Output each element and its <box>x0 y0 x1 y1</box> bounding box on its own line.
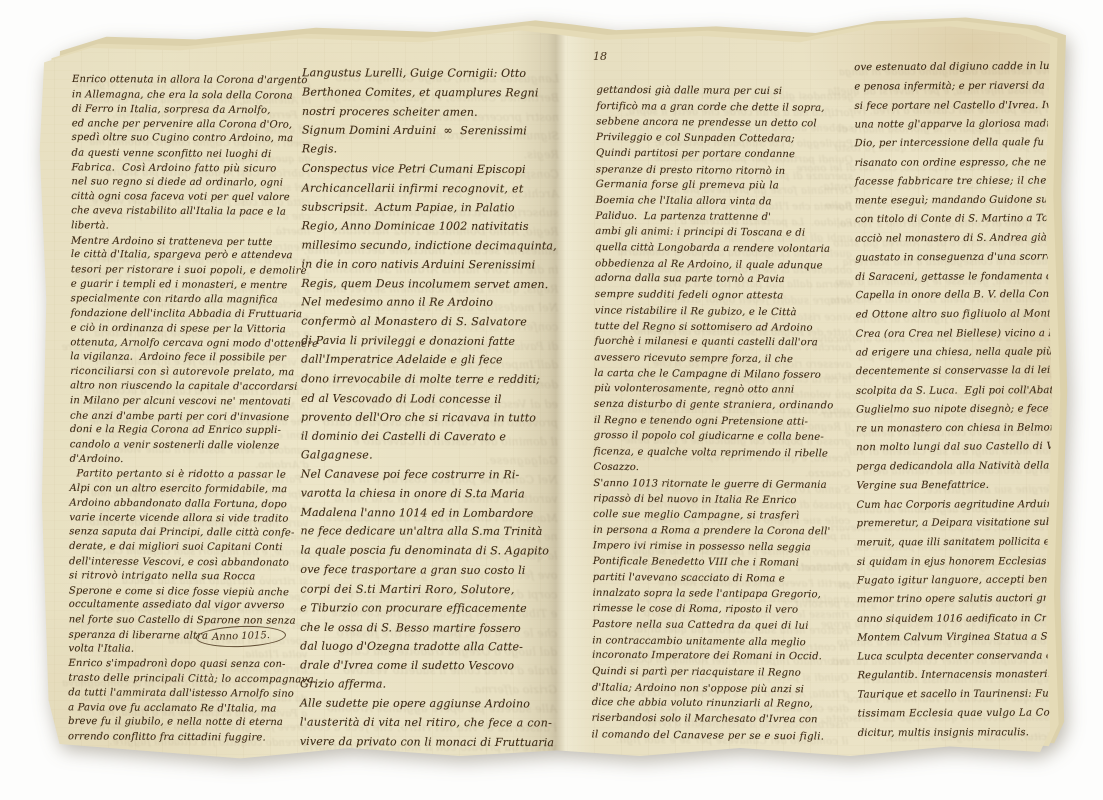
handwritten-line: corpi dei S.ti Martiri Roro, Solutore, <box>300 579 552 599</box>
handwritten-line: e penosa infermità; e per riaversi da qu… <box>854 76 1048 96</box>
handwritten-line: Dio, per intercessione della quale fu to… <box>855 133 1049 153</box>
handwritten-line: Quindi partitosi per portare condanne <box>596 146 848 163</box>
handwritten-line: guastato in conseguenza d'una scorreria <box>855 247 1049 267</box>
handwritten-line: ove fece trasportare a gran suo costo li <box>300 560 552 580</box>
handwritten-line: città ogni cosa faceva voti per quel val… <box>71 190 305 206</box>
handwritten-line: riserbandosi solo il Marchesato d'Ivrea … <box>592 711 844 728</box>
handwritten-line: ottenuta, Arnolfo cercava ogni modo d'ot… <box>70 336 304 352</box>
handwritten-line: Madalena l'anno 1014 ed in Lombardore <box>301 503 553 523</box>
handwritten-line: occultamente assediato dal vigor avverso <box>69 598 303 614</box>
handwritten-line: di Pavia li privileggi e donazioni fatte <box>301 331 553 351</box>
handwritten-line: adorna dalla sua parte tornò a Pavia <box>595 271 847 288</box>
manuscript-column-1: Enrico ottenuta in allora la Corona d'ar… <box>68 73 306 746</box>
handwritten-line: di Saraceni, gettasse le fondamenta d'un… <box>855 267 1049 287</box>
handwritten-line: d'Italia; Ardoino non s'oppose più anzi … <box>592 680 844 698</box>
handwritten-line: nostri proceres scheiter amen. <box>302 102 554 122</box>
manuscript-page-spread: Enrico ottenuta in allora la Corona d'ar… <box>0 0 1103 800</box>
handwritten-line: Luca sculpta decenter conservanda curavi… <box>857 646 1051 666</box>
handwritten-line: decentemente si conservasse la di lei st… <box>856 361 1050 381</box>
handwritten-line: Archicancellarii infirmi recognovit, et <box>302 178 554 198</box>
handwritten-line: in persona a Roma a prendere la Corona d… <box>593 522 845 539</box>
handwritten-line: derate, e dai migliori suoi Capitani Con… <box>69 540 303 556</box>
handwritten-line: re un monastero con chiesa in Belmonte <box>856 418 1050 438</box>
handwritten-line: da questi venne sconfitto nei luoghi di <box>72 147 306 163</box>
handwritten-line: Enrico s'impadronì dopo quasi senza con- <box>68 657 302 673</box>
handwritten-line: Langustus Lurelli, Guige Cornigii: Otto <box>302 63 554 83</box>
manuscript-content: Enrico ottenuta in allora la Corona d'ar… <box>0 0 1103 800</box>
handwritten-line: doni e la Regia Corona ad Enrico suppli- <box>70 423 304 439</box>
handwritten-line: provento dell'Oro che si ricavava in tut… <box>301 407 553 427</box>
handwritten-line: e ciò in ordinanza di spese per la Vitto… <box>70 322 304 338</box>
handwritten-line: partiti l'avevano scacciato di Roma e <box>593 570 845 588</box>
handwritten-line: Grizio afferma. <box>300 674 552 694</box>
handwritten-line: Galgagnese. <box>301 445 553 465</box>
handwritten-line: millesimo secundo, indictione decimaquin… <box>302 235 554 255</box>
handwritten-line: non molto lungi dal suo Castello di Val- <box>856 437 1050 457</box>
handwritten-line: anno siquidem 1016 aedificato in Crea pr… <box>857 609 1051 629</box>
handwritten-line: facesse fabbricare tre chiese; il che pr… <box>855 171 1049 191</box>
handwritten-line: tesori per ristorare i suoi popoli, e de… <box>71 263 305 279</box>
handwritten-line: Nel medesimo anno il Re Ardoino <box>301 292 553 312</box>
handwritten-line: e guarir i templi ed i monasteri, e ment… <box>71 278 305 294</box>
handwritten-line: Paliduo. La partenza trattenne d' <box>595 208 847 225</box>
handwritten-line: l'austerità di vita nel ritiro, che fece… <box>300 713 552 733</box>
handwritten-line: Capella in onore della B. V. della Conso… <box>855 285 1049 305</box>
handwritten-line: ripassò di bel nuovo in Italia Re Enrico <box>593 492 845 510</box>
handwritten-line: ed Ottone altro suo figliuolo al Monte <box>856 304 1050 324</box>
handwritten-line: Quindi si partì per riacquistare il Regn… <box>592 664 844 682</box>
handwritten-line: si fece portare nel Castello d'Ivrea. Iv… <box>854 96 1048 116</box>
handwritten-line: ed al Vescovado di Lodi concesse il <box>301 388 553 408</box>
handwritten-line: rimesse le cose di Roma, riposto il vero <box>592 601 844 619</box>
handwritten-line: dal luogo d'Ozegna tradotte alla Catte- <box>300 636 552 656</box>
handwritten-line: Pastore nella sua Cattedra da quei di lu… <box>592 617 844 635</box>
handwritten-line: ne fece dedicare un'altra alla S.ma Trin… <box>301 522 553 542</box>
handwritten-line: trasto delle principali Città; lo accomp… <box>68 672 302 688</box>
handwritten-line: gettandosi già dalle mura per cui si <box>596 83 848 100</box>
handwritten-line: Montem Calvum Virginea Statua a Sancto <box>857 627 1051 647</box>
manuscript-column-2: Langustus Lurelli, Guige Cornigii: OttoB… <box>300 64 554 752</box>
handwritten-line: memor trino opere salutis auctori grates… <box>857 589 1051 609</box>
handwritten-line: Cosazzo. <box>594 460 846 477</box>
handwritten-line: Ardoino abbandonato dalla Fortuna, dopo <box>69 497 303 513</box>
handwritten-line: innalzato sopra la sede l'antipapa Grego… <box>593 585 845 602</box>
handwritten-line: candolo a venir sostenerli dalle violenz… <box>70 438 304 454</box>
handwritten-line: le città d'Italia, spargeva però e atten… <box>71 248 305 264</box>
handwritten-line: acciò nel monastero di S. Andrea già sta… <box>855 228 1049 248</box>
handwritten-line: risanato con ordine espresso, che nel di… <box>855 153 1049 173</box>
page-number: 18 <box>593 50 607 63</box>
handwritten-line: Partito pertanto si è ridotto a passar l… <box>70 467 304 483</box>
handwritten-line: Alle sudette pie opere aggiunse Ardoino <box>300 694 552 714</box>
handwritten-line: e Tiburzio con procurare efficacemente <box>300 598 552 618</box>
handwritten-line: Taurique et sacello in Taurinensi: Fulic… <box>857 684 1051 704</box>
handwritten-line: drale d'Ivrea come il sudetto Vescovo <box>300 655 552 675</box>
handwritten-line: con titolo di Conte di S. Martino a Tori… <box>855 209 1049 229</box>
handwritten-line: Guglielmo suo nipote disegnò; e fece cos… <box>856 399 1050 419</box>
handwritten-line: breve fu il giubilo, e nella notte di et… <box>68 715 302 731</box>
handwritten-line: premeretur, a Deipara visitatione sublev… <box>857 513 1051 533</box>
handwritten-line: ad erigere una chiesa, nella quale più <box>856 342 1050 362</box>
handwritten-line: fondazione dell'inclita Abbadia di Frutt… <box>71 307 305 323</box>
handwritten-line: si ritrovò intrigato nella sua Rocca <box>69 569 303 585</box>
handwritten-line: sempre sudditi fedeli ognor attesta <box>595 287 847 305</box>
handwritten-line: meruit, quae illi sanitatem pollicita es… <box>857 532 1051 552</box>
handwritten-line: Impero ivi rimise in possesso nella segg… <box>593 539 845 557</box>
handwritten-line: speranze di presto ritorno ritornò in <box>596 162 848 180</box>
handwritten-line: Berthonea Comites, et quamplures Regni <box>302 83 554 103</box>
handwritten-line: il comando del Canavese per se e suoi fi… <box>591 727 843 745</box>
handwritten-line: Enrico ottenuta in allora la Corona d'ar… <box>72 73 306 89</box>
handwritten-line: riconciliarsi con sì autorevole prelato,… <box>70 365 304 381</box>
handwritten-line: vivere da privato con li monaci di Frutt… <box>300 732 552 752</box>
handwritten-line: in Milano per alcuni vescovi ne' mentova… <box>70 394 304 410</box>
handwritten-line: Cum hac Corporis aegritudine Arduinus <box>857 495 1051 515</box>
handwritten-line: dell'interesse Vescovi, e così abbandona… <box>69 555 303 571</box>
handwritten-line: il dominio dei Castelli di Caverato e <box>301 426 553 446</box>
handwritten-line: grosso il popolo col giudicarne e colla … <box>594 428 846 446</box>
handwritten-line: varotta la chiesa in onore di S.ta Maria <box>301 484 553 504</box>
handwritten-line: senza disturbo di gente straniera, ordin… <box>594 397 846 414</box>
handwritten-line: quella città Longobarda a rendere volont… <box>595 240 847 258</box>
handwritten-line: S'anno 1013 ritornate le guerre di Germa… <box>593 476 845 494</box>
handwritten-line: altro non riuscendo la capitale d'accord… <box>70 380 304 396</box>
handwritten-line: in die in coro nativis Arduini Serenissi… <box>301 254 553 274</box>
handwritten-line: la quale poscia fu denominata di S. Agap… <box>300 541 552 561</box>
handwritten-line: la vigilanza. Ardoino fece il possibile … <box>70 351 304 367</box>
handwritten-line: avessero ricevuto sempre forza, il che <box>594 350 846 368</box>
handwritten-line: spedì oltre suo Cugino contro Ardoino, m… <box>72 131 306 147</box>
handwritten-line: volta l'Italia. <box>68 642 302 658</box>
handwritten-line: Regis, quem Deus incolumem servet amen. <box>301 274 553 294</box>
handwritten-line: di Ferro in Italia, sorpresa da Arnolfo, <box>72 103 306 119</box>
handwritten-line: specialmente con ritardo alla magnifica <box>71 292 305 308</box>
handwritten-line: una notte gl'apparve la gloriosa madre d… <box>855 114 1049 134</box>
handwritten-line: che le ossa di S. Besso martire fossero <box>300 618 552 638</box>
handwritten-line: Regio, Anno Dominicae 1002 nativitatis <box>302 216 554 236</box>
handwritten-line: Vergine sua Benefattrice. <box>856 475 1050 495</box>
handwritten-line: Signum Domini Arduini ∞ Serenissimi <box>302 121 554 141</box>
handwritten-line: Fugato igitur languore, accepti benefici… <box>857 570 1051 590</box>
handwritten-line: Alpi con un altro esercito formidabile, … <box>69 482 303 498</box>
handwritten-line: si quidam in ejus honorem Ecclesias aedi… <box>857 552 1051 572</box>
manuscript-column-4: ove estenuato dal digiuno cadde in lunga… <box>854 57 1052 742</box>
scan-background: Enrico ottenuta in allora la Corona d'ar… <box>0 0 1103 800</box>
handwritten-line: fuorchè i milanesi e quanti castelli dal… <box>595 334 847 351</box>
handwritten-line: perga dedicandola alla Natività della <box>856 456 1050 476</box>
handwritten-line: Pontificale Benedetto VIII che i Romani <box>593 554 845 572</box>
handwritten-line: in Allemagna, che era la sola della Coro… <box>72 88 306 104</box>
handwritten-line: Regis. <box>302 140 554 160</box>
handwritten-line: vince ristabilire il Re gubizo, e le Cit… <box>595 303 847 321</box>
manuscript-stack: Enrico ottenuta in allora la Corona d'ar… <box>0 0 1103 800</box>
handwritten-line: d'Ardoino. <box>70 453 304 469</box>
handwritten-line: dall'Imperatrice Adelaide e gli fece <box>301 350 553 370</box>
handwritten-line: Fabrica. Così Ardoino fatto più sicuro <box>71 161 305 177</box>
handwritten-line: nel suo regno si diede ad ordinarlo, ogn… <box>71 175 305 191</box>
handwritten-line: Crea (ora Crea nel Biellese) vicino a Mo… <box>856 324 1050 344</box>
handwritten-line: sebbene ancora ne prendesse un detto col <box>596 115 848 133</box>
handwritten-line: Boemia che l'Italia allora vinta da <box>596 193 848 211</box>
handwritten-line: confermò al Monastero di S. Salvatore <box>301 312 553 332</box>
handwritten-line: dicitur, multis insignis miraculis. <box>858 723 1052 743</box>
handwritten-line: dono irrevocabile di molte terre e reddi… <box>301 369 553 389</box>
handwritten-line: varie incerte vicende allora si vide tra… <box>69 511 303 527</box>
handwritten-line: orrendo conflitto fra cittadini fuggire. <box>68 730 302 746</box>
handwritten-line: tissimam Ecclesia quae vulgo La Consolat… <box>858 703 1052 723</box>
handwritten-line: Conspectus vice Petri Cumani Episcopi <box>302 159 554 179</box>
handwritten-line: incoronato Imperatore dei Romani in Occi… <box>592 648 844 665</box>
handwritten-line: scolpita da S. Luca. Egli poi coll'Abate <box>856 381 1050 401</box>
handwritten-line: Nel Canavese poi fece costrurre in Ri- <box>301 465 553 485</box>
handwritten-line: Regulantib. Internacensis monasterii <box>857 665 1051 685</box>
handwritten-line: che aveva ristabilito all'Italia la pace… <box>71 205 305 221</box>
handwritten-line: mente eseguì; mandando Guidone suo figli… <box>855 190 1049 210</box>
manuscript-column-3: gettandosi già dalle mura per cui sifort… <box>591 83 848 744</box>
handwritten-line: ove estenuato dal digiuno cadde in lunga <box>854 57 1048 77</box>
handwritten-line: subscripsit. Actum Papiae, in Palatio <box>302 197 554 217</box>
handwritten-line: libertà. <box>71 219 305 235</box>
handwritten-line: da tutti l'ammirata dall'istesso Arnolfo… <box>68 686 302 702</box>
